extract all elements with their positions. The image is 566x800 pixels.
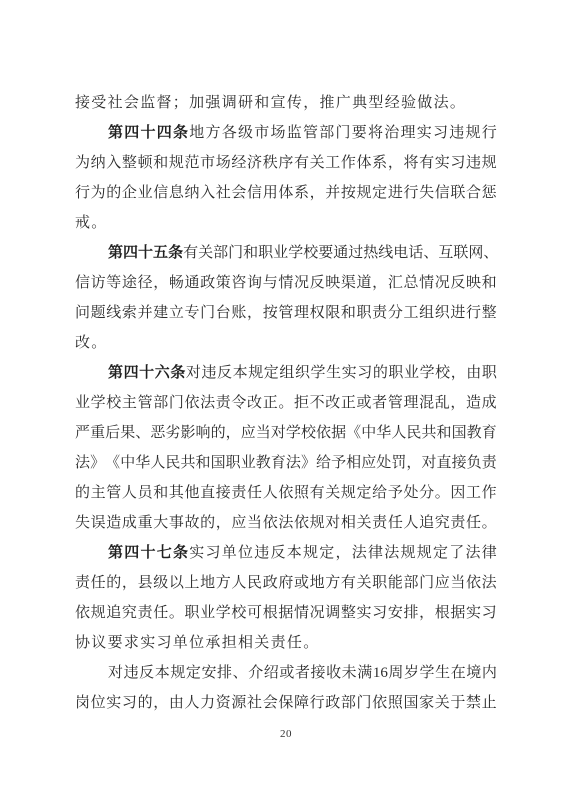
char: 学 (420, 358, 435, 388)
char: 主 (122, 388, 137, 418)
char: 府 (278, 568, 293, 598)
char: ， (372, 268, 387, 298)
char: 学 (311, 358, 326, 388)
char: 对 (108, 658, 123, 688)
char: 场 (216, 148, 231, 178)
char: 关 (357, 508, 372, 538)
char: 学 (216, 598, 231, 628)
char: 照 (388, 688, 403, 718)
char: 法 (286, 448, 301, 478)
char: 级 (238, 118, 253, 148)
char: 位 (238, 538, 253, 568)
char: 教 (467, 418, 482, 448)
char: 的 (106, 568, 121, 598)
char: 当 (247, 508, 262, 538)
text-line: 为纳入整顿和规范市场经济秩序有关工作体系，将有实习违规 (75, 148, 497, 178)
char: 规 (170, 658, 185, 688)
char: 人 (231, 568, 246, 598)
text-line: 信访等途径，畅通政策咨询与情况反映渠道，汇总情况反映和 (75, 268, 497, 298)
char: 主 (91, 478, 106, 508)
char: 禁 (466, 688, 481, 718)
char: 周 (388, 658, 403, 688)
char: 收 (326, 658, 341, 688)
char: 业 (200, 598, 215, 628)
char: 题 (91, 298, 106, 328)
text-line: 责任的，县级以上地方人民政府或地方有关职能部门应当依法 (75, 568, 497, 598)
char: 追 (106, 598, 121, 628)
char: 责 (138, 598, 153, 628)
char: 重 (90, 418, 105, 448)
char: 误 (91, 508, 106, 538)
char: 其 (169, 478, 184, 508)
char: 民 (165, 448, 180, 478)
char: 因 (450, 478, 465, 508)
char: 安 (201, 658, 216, 688)
char: 治 (384, 118, 399, 148)
char: 规 (401, 538, 416, 568)
char: 入 (200, 178, 215, 208)
char: 线 (106, 298, 121, 328)
char: 社 (216, 178, 231, 208)
char: 依 (466, 568, 481, 598)
char: ， (153, 688, 168, 718)
char: 反 (271, 538, 286, 568)
char: 事 (169, 508, 184, 538)
char: 通 (333, 238, 348, 268)
char: 民 (247, 568, 262, 598)
char: 任 (91, 568, 106, 598)
char: 校 (303, 238, 318, 268)
text-line: 接受社会监督；加强调研和宣传，推广典型经验做法。 (75, 88, 497, 118)
char: 定 (319, 538, 334, 568)
char: ， (451, 358, 466, 388)
char: 况 (310, 598, 325, 628)
char: 和 (153, 478, 168, 508)
char: 和 (437, 418, 452, 448)
char: 人 (150, 448, 165, 478)
char: 岗 (75, 688, 90, 718)
char: 整 (482, 298, 497, 328)
char: 中 (120, 448, 135, 478)
char: 情 (278, 268, 293, 298)
char: 有 (294, 148, 309, 178)
char: 直 (437, 448, 452, 478)
char: 系 (372, 148, 387, 178)
char: 关 (325, 478, 340, 508)
char: 地 (310, 568, 325, 598)
char: 台 (216, 298, 231, 328)
char: ， (450, 388, 465, 418)
char: 、 (483, 238, 498, 268)
char: 岁 (404, 658, 419, 688)
char: 者 (372, 388, 387, 418)
char: 和 (482, 268, 497, 298)
article-number-label-char: 第 (108, 358, 123, 388)
char: 织 (295, 358, 310, 388)
char: 理 (294, 298, 309, 328)
char: 人 (263, 478, 278, 508)
char: 对 (421, 448, 436, 478)
char: 业 (241, 448, 256, 478)
char: 整 (341, 598, 356, 628)
char: 令 (231, 388, 246, 418)
char: 热 (363, 238, 378, 268)
article-number-label-char: 十 (139, 358, 154, 388)
char: 门 (228, 238, 243, 268)
text-line-article-start: 第四十七条实习单位违反本规定，法律法规规定了法律 (75, 538, 497, 568)
char: 依 (294, 508, 309, 538)
char: 责 (231, 478, 246, 508)
article-number-label-char: 条 (173, 538, 188, 568)
char: 况 (435, 268, 450, 298)
char: 造 (466, 388, 481, 418)
char: 息 (169, 178, 184, 208)
char: 违 (254, 538, 269, 568)
char: 反 (139, 658, 154, 688)
char: 当 (450, 568, 465, 598)
char: 律 (368, 538, 383, 568)
char: 与 (263, 268, 278, 298)
char: 教 (256, 448, 271, 478)
char: 定 (264, 358, 279, 388)
char: 上 (184, 568, 199, 598)
char: 定 (357, 478, 372, 508)
char: 政 (263, 568, 278, 598)
char: ， (406, 448, 421, 478)
char: 据 (278, 598, 293, 628)
char: 为 (75, 148, 90, 178)
text-line: 问题线索并建立专门台账，按管理权限和职责分工组织进行整 (75, 298, 497, 328)
char: 管 (106, 478, 121, 508)
char: 畅 (169, 268, 184, 298)
char: 社 (247, 688, 262, 718)
char: 关 (357, 568, 372, 598)
char: 追 (419, 508, 434, 538)
article-number-label-char: 十 (141, 538, 156, 568)
char: 正 (341, 388, 356, 418)
char: 管 (388, 388, 403, 418)
char: 有 (310, 478, 325, 508)
char: 定 (186, 658, 201, 688)
char: 实 (342, 358, 357, 388)
char: 部 (153, 388, 168, 418)
char: 大 (153, 508, 168, 538)
char: 改 (247, 388, 262, 418)
char: 应 (231, 508, 246, 538)
article-number-label-char: 五 (153, 238, 168, 268)
char: ， (419, 598, 434, 628)
article-number-label-char: 第 (108, 118, 123, 148)
char: 绍 (264, 658, 279, 688)
char: 等 (106, 268, 121, 298)
char: 违 (449, 118, 464, 148)
text-line: 协议要求实习单位承担相关责任。 (75, 628, 497, 658)
char: 政 (200, 268, 215, 298)
char: 互 (438, 238, 453, 268)
char: 学 (91, 388, 106, 418)
char: 职 (372, 568, 387, 598)
char: 济 (247, 148, 262, 178)
char: 关 (435, 688, 450, 718)
char: 合 (466, 178, 481, 208)
text-line: 岗位实习的，由人力资源社会保障行政部门依照国家关于禁止 (75, 688, 497, 718)
char: 总 (403, 268, 418, 298)
char: 管 (278, 298, 293, 328)
char: 实 (466, 598, 481, 628)
char: 对 (271, 418, 286, 448)
char: 据 (331, 418, 346, 448)
char: 门 (200, 298, 215, 328)
text-line: 行为的企业信息纳入社会信用体系，并按规定进行失信联合惩 (75, 178, 497, 208)
char: 。 (482, 508, 497, 538)
char: 任 (153, 598, 168, 628)
char: 访 (91, 268, 106, 298)
char: 校 (301, 418, 316, 448)
char: 责 (450, 508, 465, 538)
article-number-label-char: 第 (108, 238, 123, 268)
char: 任 (247, 478, 262, 508)
char: 究 (122, 598, 137, 628)
char: 业 (273, 238, 288, 268)
article-number-label-char: 四 (157, 118, 172, 148)
text-line: 业学校主管部门依法责令改正。拒不改正或者管理混乱，造成 (75, 388, 497, 418)
char: 规 (466, 118, 481, 148)
char: 后 (105, 418, 120, 448)
char: 成 (482, 388, 497, 418)
char: 的 (200, 508, 215, 538)
char: 位 (91, 688, 106, 718)
char: 。 (169, 598, 184, 628)
char: 国 (403, 688, 418, 718)
char: 规 (303, 538, 318, 568)
char: 行 (403, 178, 418, 208)
char: 经 (231, 148, 246, 178)
char: 依 (278, 478, 293, 508)
article-number-label-char: 第 (108, 538, 123, 568)
article-number-label-char: 条 (173, 118, 188, 148)
char: 监 (287, 118, 302, 148)
char: 根 (263, 598, 278, 628)
article-number-label-char: 十 (138, 238, 153, 268)
char: 和 (243, 238, 258, 268)
char: 劣 (165, 418, 180, 448)
char: 部 (403, 568, 418, 598)
char: 法 (384, 538, 399, 568)
char: 将 (368, 118, 383, 148)
char: 行 (482, 118, 497, 148)
char: 职 (482, 358, 497, 388)
article-number-label-char: 十 (141, 118, 156, 148)
char: 责 (75, 568, 90, 598)
page-number: 20 (75, 727, 497, 741)
char: 校 (435, 358, 450, 388)
char: 进 (388, 178, 403, 208)
char: 组 (419, 298, 434, 328)
document-text-block: 接受社会监督；加强调研和宣传，推广典型经验做法。第四十四条地方各级市场监管部门要… (75, 88, 497, 718)
char: 习 (206, 538, 221, 568)
char: 重 (138, 508, 153, 538)
char: 严 (75, 418, 90, 448)
char: 《 (346, 418, 361, 448)
char: 职 (184, 598, 199, 628)
char: 法 (482, 568, 497, 598)
char: 的 (211, 418, 226, 448)
char: 映 (325, 268, 340, 298)
char: 情 (419, 268, 434, 298)
char: 会 (231, 178, 246, 208)
char: 的 (373, 358, 388, 388)
char: 并 (325, 178, 340, 208)
char: 各 (222, 118, 237, 148)
char: 门 (336, 118, 351, 148)
char: 工 (403, 298, 418, 328)
char: 要 (352, 118, 367, 148)
char: ， (388, 148, 403, 178)
char: 责 (372, 298, 387, 328)
char: 关 (198, 238, 213, 268)
char: 给 (316, 448, 331, 478)
char: 介 (248, 658, 263, 688)
text-line: 对违反本规定安排、介绍或者接收未满16周岁学生在境内 (75, 658, 497, 688)
char: 管 (303, 118, 318, 148)
char: 规 (341, 478, 356, 508)
char: 实 (435, 148, 450, 178)
char: 国 (211, 448, 226, 478)
char: 违 (466, 148, 481, 178)
char: 依 (184, 388, 199, 418)
char: 用 (263, 178, 278, 208)
char: ， (336, 538, 351, 568)
char: 共 (421, 418, 436, 448)
char: 秩 (263, 148, 278, 178)
char: 拒 (294, 388, 309, 418)
char: 为 (91, 178, 106, 208)
text-line: 戒。 (75, 208, 497, 238)
char: 规 (357, 178, 372, 208)
char: 予 (388, 478, 403, 508)
char: 业 (138, 178, 153, 208)
char: 按 (263, 298, 278, 328)
char: 依 (75, 598, 90, 628)
char: 渠 (341, 268, 356, 298)
char: 况 (294, 268, 309, 298)
char: 恶 (150, 418, 165, 448)
article-number-label-char: 六 (155, 358, 170, 388)
char: 责 (482, 448, 497, 478)
char: 限 (325, 298, 340, 328)
char: 部 (213, 238, 228, 268)
text-line: 严重后果、恶劣影响的，应当对学校依据《中华人民共和国教育 (75, 418, 497, 448)
article-number-label-char: 四 (124, 538, 139, 568)
char: 资 (216, 688, 231, 718)
char: 途 (122, 268, 137, 298)
char: 的 (75, 478, 90, 508)
char: 不 (310, 388, 325, 418)
char: 力 (200, 688, 215, 718)
char: 和 (153, 148, 168, 178)
char: 可 (247, 598, 262, 628)
char: 通 (184, 268, 199, 298)
char: 部 (341, 688, 356, 718)
char: 径 (138, 268, 153, 298)
char: 工 (325, 148, 340, 178)
char: 信 (153, 178, 168, 208)
char: 乱 (435, 388, 450, 418)
char: 影 (180, 418, 195, 448)
char: 关 (310, 148, 325, 178)
char: 本 (233, 358, 248, 388)
text-line-article-start: 第四十五条有关部门和职业学校要通过热线电话、互联网、 (75, 238, 497, 268)
text-line-article-start: 第四十四条地方各级市场监管部门要将治理实习违规行 (75, 118, 497, 148)
char: 依 (372, 688, 387, 718)
char: 企 (122, 178, 137, 208)
char: 或 (357, 388, 372, 418)
char: 、 (423, 238, 438, 268)
text-line: 改。 (75, 328, 497, 358)
document-page: 接受社会监督；加强调研和宣传，推广典型经验做法。第四十四条地方各级市场监管部门要… (0, 0, 566, 800)
char: 单 (222, 538, 237, 568)
char: 联 (450, 178, 465, 208)
char: 人 (403, 508, 418, 538)
char: 场 (271, 118, 286, 148)
char: 应 (361, 448, 376, 478)
char: 育 (271, 448, 286, 478)
char: 会 (263, 688, 278, 718)
char: 。 (435, 478, 450, 508)
char: 民 (406, 418, 421, 448)
char: 法 (75, 448, 90, 478)
char: 范 (184, 148, 199, 178)
char: 接 (452, 448, 467, 478)
char: 源 (231, 688, 246, 718)
char: 规 (417, 538, 432, 568)
char: 依 (263, 508, 278, 538)
char: 账 (231, 298, 246, 328)
char: 理 (403, 388, 418, 418)
char: 分 (419, 478, 434, 508)
char: 应 (435, 568, 450, 598)
char: 问 (75, 298, 90, 328)
char: 人 (391, 418, 406, 448)
char: 责 (216, 388, 231, 418)
char: 对 (186, 358, 201, 388)
char: 正 (263, 388, 278, 418)
char: 索 (122, 298, 137, 328)
char: 业 (404, 358, 419, 388)
char: 定 (372, 178, 387, 208)
char: 究 (435, 508, 450, 538)
char: 成 (122, 508, 137, 538)
article-number-label-char: 四 (124, 358, 139, 388)
char: 和 (196, 448, 211, 478)
char: 入 (106, 148, 121, 178)
char: 作 (482, 478, 497, 508)
char: 任 (388, 508, 403, 538)
char: 校 (231, 598, 246, 628)
char: 市 (200, 148, 215, 178)
char: 根 (435, 598, 450, 628)
char: 任 (466, 508, 481, 538)
char: 规 (169, 148, 184, 178)
char: 过 (348, 238, 363, 268)
char: 人 (122, 478, 137, 508)
char: ， (153, 268, 168, 298)
char: 规 (248, 358, 263, 388)
char: 员 (138, 478, 153, 508)
char: 》 (90, 448, 105, 478)
article-number-label-char: 四 (124, 118, 139, 148)
text-line: 法》《中华人民共和国职业教育法》给予相应处罚，对直接负责 (75, 448, 497, 478)
